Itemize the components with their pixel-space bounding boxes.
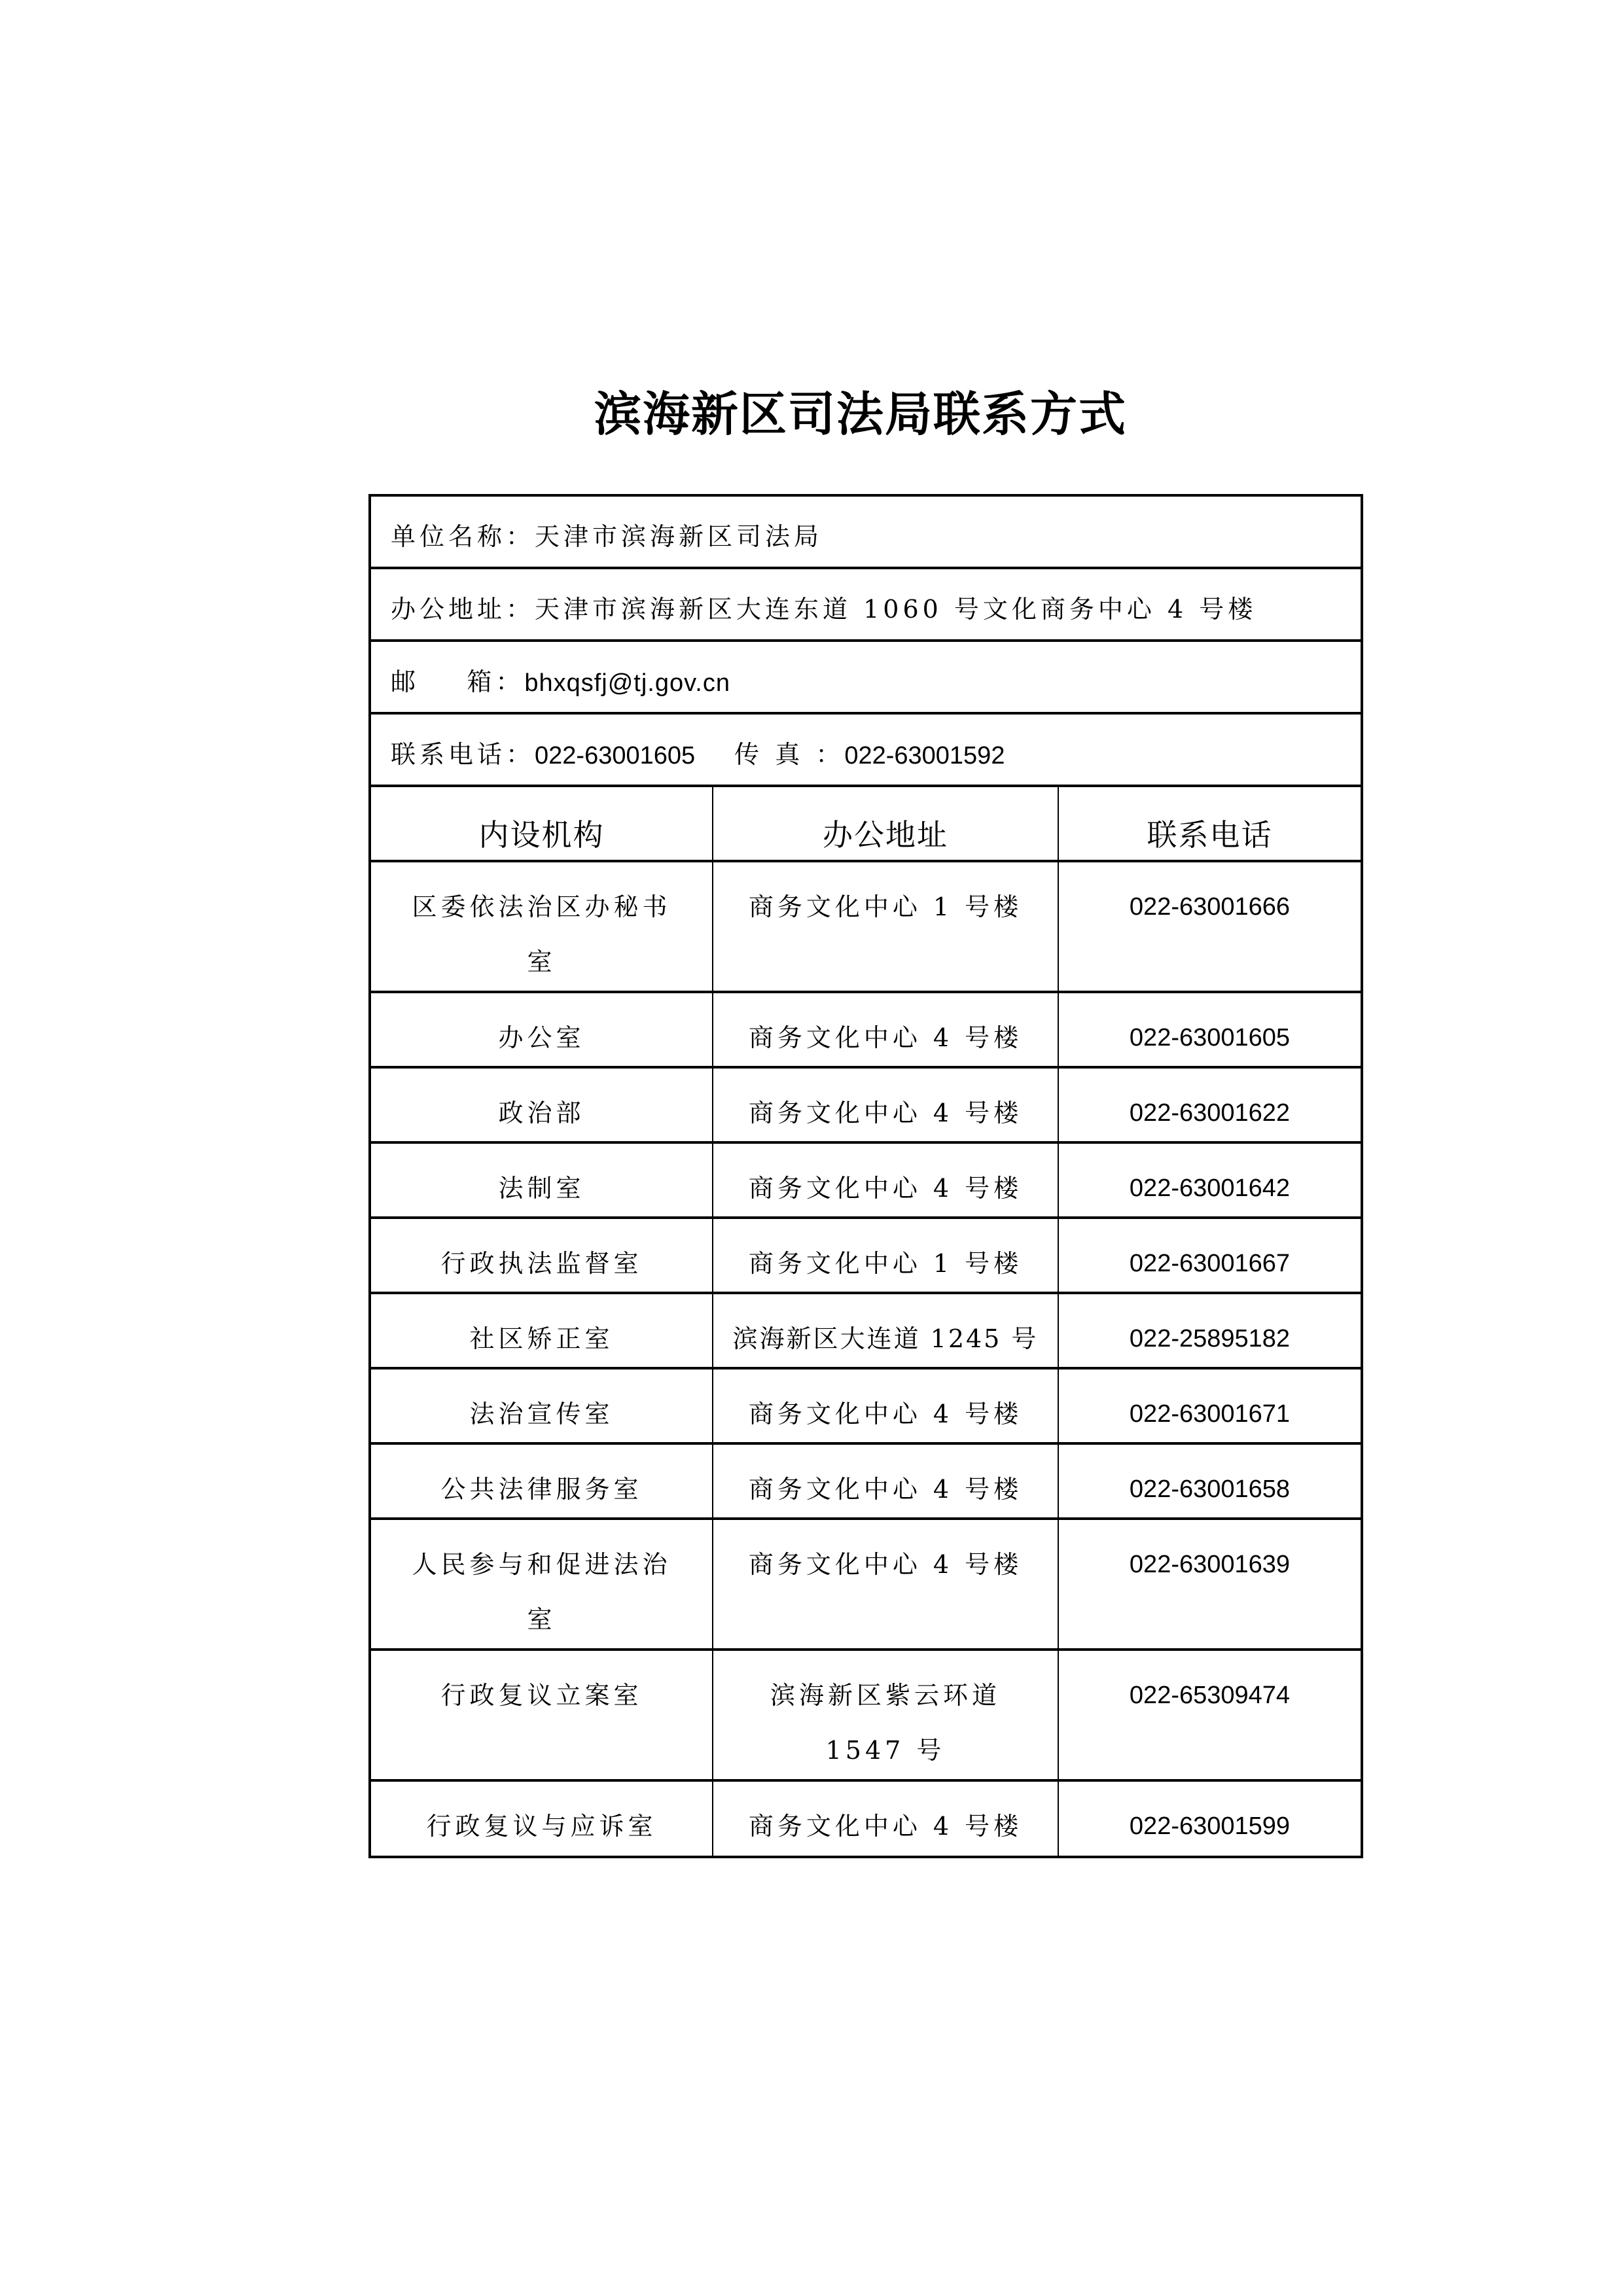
department-address: 商务文化中心 4 号楼 [713, 1142, 1058, 1218]
department-phone: 022-63001599 [1058, 1780, 1361, 1856]
phone-value: 022-63001605 [535, 742, 695, 770]
department-phone: 022-63001642 [1058, 1142, 1361, 1218]
department-phone: 022-65309474 [1058, 1650, 1361, 1780]
table-row: 办公室 商务文化中心 4 号楼 022-63001605 [371, 992, 1361, 1067]
contact-sheet: 单位名称：天津市滨海新区司法局 办公地址：天津市滨海新区大连东道 1060 号文… [368, 494, 1363, 1858]
email-value[interactable]: bhxqsfj@tj.gov.cn [524, 669, 730, 698]
info-phone-row: 联系电话：022-63001605传 真 ：022-63001592 [371, 715, 1361, 787]
department-name: 法治宣传室 [371, 1368, 713, 1443]
table-row: 行政执法监督室 商务文化中心 1 号楼 022-63001667 [371, 1218, 1361, 1293]
table-row: 法制室 商务文化中心 4 号楼 022-63001642 [371, 1142, 1361, 1218]
unit-value: 天津市滨海新区司法局 [535, 516, 823, 552]
unit-label: 单位名称： [391, 516, 535, 552]
department-address: 商务文化中心 4 号楼 [713, 1067, 1058, 1142]
department-phone: 022-63001671 [1058, 1368, 1361, 1443]
department-name: 行政执法监督室 [371, 1218, 713, 1293]
department-phone: 022-63001667 [1058, 1218, 1361, 1293]
department-phone: 022-63001605 [1058, 992, 1361, 1067]
department-name: 办公室 [371, 992, 713, 1067]
department-name: 社区矫正室 [371, 1293, 713, 1368]
email-label: 邮 箱： [391, 662, 524, 698]
department-address: 商务文化中心 1 号楼 [713, 861, 1058, 992]
table-row: 行政复议与应诉室 商务文化中心 4 号楼 022-63001599 [371, 1780, 1361, 1856]
table-row: 行政复议立案室 滨海新区紫云环道 1547 号 022-65309474 [371, 1650, 1361, 1780]
page-title: 滨海新区司法局联系方式 [0, 376, 1623, 444]
table-row: 公共法律服务室 商务文化中心 4 号楼 022-63001658 [371, 1443, 1361, 1519]
department-phone: 022-63001622 [1058, 1067, 1361, 1142]
fax-value: 022-63001592 [844, 742, 1005, 770]
department-address: 商务文化中心 4 号楼 [713, 1368, 1058, 1443]
department-name: 政治部 [371, 1067, 713, 1142]
department-name: 法制室 [371, 1142, 713, 1218]
address-label: 办公地址： [391, 589, 535, 625]
department-address: 商务文化中心 4 号楼 [713, 1519, 1058, 1650]
address-value: 天津市滨海新区大连东道 1060 号文化商务中心 4 号楼 [535, 589, 1257, 625]
department-phone: 022-63001658 [1058, 1443, 1361, 1519]
department-name: 行政复议与应诉室 [371, 1780, 713, 1856]
header-address: 办公地址 [713, 787, 1058, 861]
department-name: 人民参与和促进法治室 [411, 1537, 673, 1647]
phone-label: 联系电话： [391, 734, 535, 770]
header-phone: 联系电话 [1058, 787, 1361, 861]
table-row: 政治部 商务文化中心 4 号楼 022-63001622 [371, 1067, 1361, 1142]
department-phone: 022-25895182 [1058, 1293, 1361, 1368]
table-row: 区委依法治区办秘书室 商务文化中心 1 号楼 022-63001666 [371, 861, 1361, 992]
info-unit-row: 单位名称：天津市滨海新区司法局 [371, 497, 1361, 569]
department-address: 商务文化中心 4 号楼 [713, 1780, 1058, 1856]
table-row: 社区矫正室 滨海新区大连道 1245 号 022-25895182 [371, 1293, 1361, 1368]
table-row: 人民参与和促进法治室 商务文化中心 4 号楼 022-63001639 [371, 1519, 1361, 1650]
department-name: 公共法律服务室 [371, 1443, 713, 1519]
department-phone: 022-63001639 [1058, 1519, 1361, 1650]
department-table: 内设机构 办公地址 联系电话 区委依法治区办秘书室 商务文化中心 1 号楼 02… [371, 787, 1361, 1856]
department-name: 行政复议立案室 [371, 1650, 713, 1780]
department-address: 商务文化中心 4 号楼 [713, 1443, 1058, 1519]
table-header-row: 内设机构 办公地址 联系电话 [371, 787, 1361, 861]
info-address-row: 办公地址：天津市滨海新区大连东道 1060 号文化商务中心 4 号楼 [371, 569, 1361, 642]
info-email-row: 邮 箱：bhxqsfj@tj.gov.cn [371, 642, 1361, 715]
department-address: 商务文化中心 4 号楼 [713, 992, 1058, 1067]
department-address: 滨海新区大连道 1245 号 [713, 1293, 1058, 1368]
department-phone: 022-63001666 [1058, 861, 1361, 992]
department-name: 区委依法治区办秘书室 [411, 879, 673, 989]
department-address: 滨海新区紫云环道 1547 号 [735, 1668, 1036, 1778]
header-department: 内设机构 [371, 787, 713, 861]
department-address: 商务文化中心 1 号楼 [713, 1218, 1058, 1293]
table-row: 法治宣传室 商务文化中心 4 号楼 022-63001671 [371, 1368, 1361, 1443]
fax-label: 传 真 ： [734, 734, 844, 770]
